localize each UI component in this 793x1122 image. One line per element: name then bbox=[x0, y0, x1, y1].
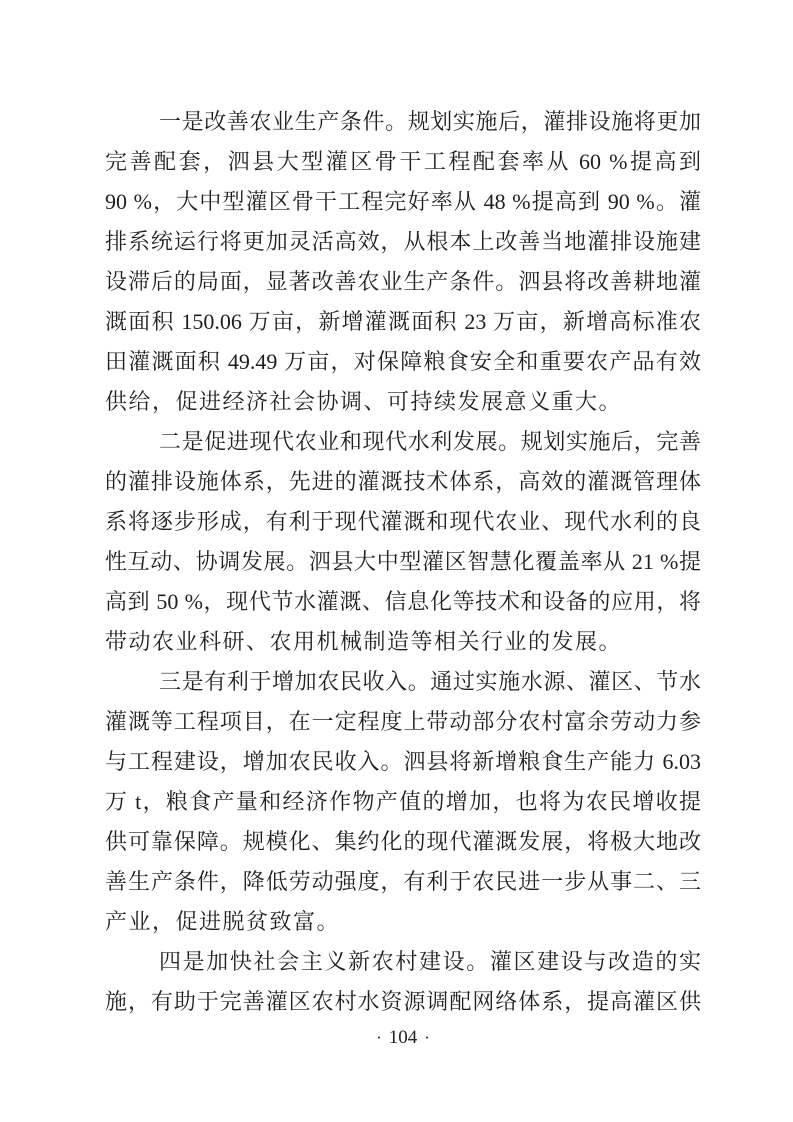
text-line: 性互动、协调发展。泗县大中型灌区智慧化覆盖率从 21 %提 bbox=[105, 542, 701, 582]
text-line: 万 t，粮食产量和经济作物产值的增加，也将为农民增收提 bbox=[105, 782, 701, 822]
footer-dot-left: · bbox=[369, 1024, 389, 1052]
paragraph: 三是有利于增加农民收入。通过实施水源、灌区、节水灌溉等工程项目，在一定程度上带动… bbox=[105, 662, 701, 942]
text-line: 灌溉等工程项目，在一定程度上带动部分农村富余劳动力参 bbox=[105, 702, 701, 742]
text-line: 供可靠保障。规模化、集约化的现代灌溉发展，将极大地改 bbox=[105, 822, 701, 862]
text-line: 排系统运行将更加灵活高效，从根本上改善当地灌排设施建 bbox=[105, 222, 701, 262]
text-line: 的灌排设施体系，先进的灌溉技术体系，高效的灌溉管理体 bbox=[105, 462, 701, 502]
paragraph: 二是促进现代农业和现代水利发展。规划实施后，完善的灌排设施体系，先进的灌溉技术体… bbox=[105, 422, 701, 662]
text-line: 与工程建设，增加农民收入。泗县将新增粮食生产能力 6.03 bbox=[105, 742, 701, 782]
text-line: 带动农业科研、农用机械制造等相关行业的发展。 bbox=[105, 622, 701, 662]
text-line: 溉面积 150.06 万亩，新增灌溉面积 23 万亩，新增高标准农 bbox=[105, 302, 701, 342]
text-line: 三是有利于增加农民收入。通过实施水源、灌区、节水 bbox=[105, 662, 701, 702]
text-line: 田灌溉面积 49.49 万亩，对保障粮食安全和重要农产品有效 bbox=[105, 342, 701, 382]
text-line: 系将逐步形成，有利于现代灌溉和现代农业、现代水利的良 bbox=[105, 502, 701, 542]
text-line: 一是改善农业生产条件。规划实施后，灌排设施将更加 bbox=[105, 102, 701, 142]
text-line: 二是促进现代农业和现代水利发展。规划实施后，完善 bbox=[105, 422, 701, 462]
page-footer: ·104· bbox=[105, 1024, 701, 1052]
document-page: 一是改善农业生产条件。规划实施后，灌排设施将更加完善配套，泗县大型灌区骨干工程配… bbox=[0, 0, 793, 1122]
footer-dot-right: · bbox=[417, 1024, 437, 1052]
text-line: 90 %，大中型灌区骨干工程完好率从 48 %提高到 90 %。灌 bbox=[105, 182, 701, 222]
text-line: 供给，促进经济社会协调、可持续发展意义重大。 bbox=[105, 382, 701, 422]
text-line: 高到 50 %，现代节水灌溉、信息化等技术和设备的应用，将 bbox=[105, 582, 701, 622]
text-line: 产业，促进脱贫致富。 bbox=[105, 902, 701, 942]
text-line: 施，有助于完善灌区农村水资源调配网络体系，提高灌区供 bbox=[105, 982, 701, 1022]
body-text: 一是改善农业生产条件。规划实施后，灌排设施将更加完善配套，泗县大型灌区骨干工程配… bbox=[105, 102, 701, 1022]
paragraph: 四是加快社会主义新农村建设。灌区建设与改造的实施，有助于完善灌区农村水资源调配网… bbox=[105, 942, 701, 1022]
text-line: 善生产条件，降低劳动强度，有利于农民进一步从事二、三 bbox=[105, 862, 701, 902]
page-number: 104 bbox=[389, 1027, 418, 1048]
text-line: 四是加快社会主义新农村建设。灌区建设与改造的实 bbox=[105, 942, 701, 982]
text-line: 设滞后的局面，显著改善农业生产条件。泗县将改善耕地灌 bbox=[105, 262, 701, 302]
paragraph: 一是改善农业生产条件。规划实施后，灌排设施将更加完善配套，泗县大型灌区骨干工程配… bbox=[105, 102, 701, 422]
text-line: 完善配套，泗县大型灌区骨干工程配套率从 60 %提高到 bbox=[105, 142, 701, 182]
